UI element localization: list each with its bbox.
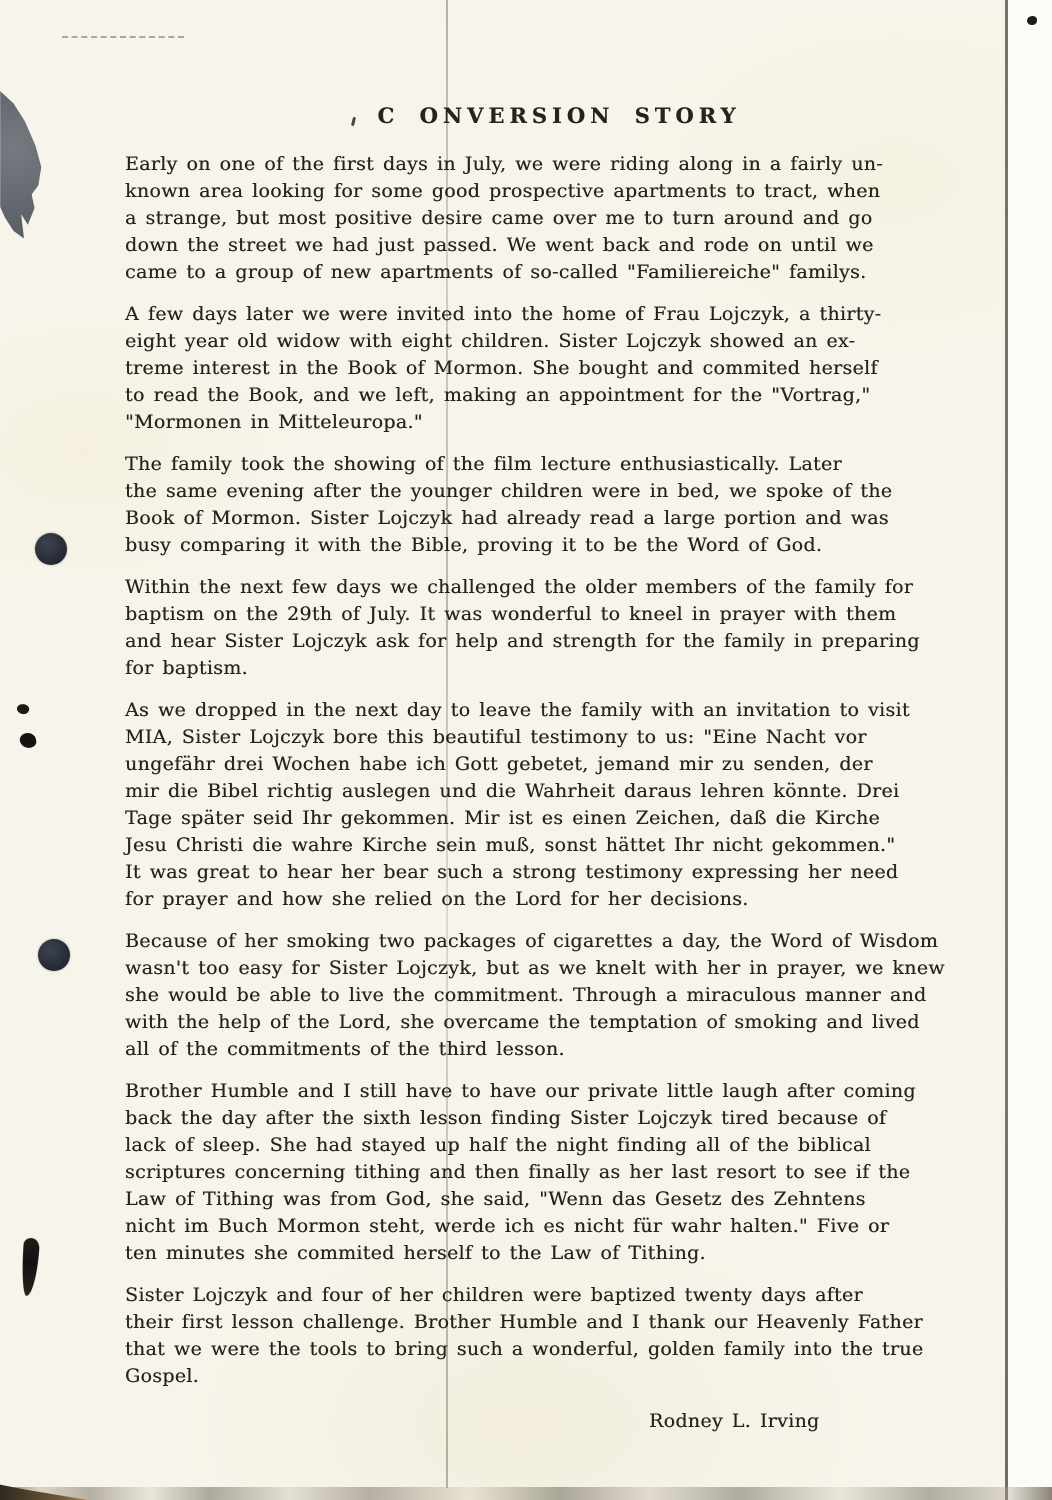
text-line: treme interest in the Book of Mormon. Sh…: [125, 355, 993, 382]
text-line: all of the commitments of the third less…: [125, 1036, 993, 1063]
hole-punch-bottom: [38, 939, 70, 971]
text-line: to read the Book, and we left, making an…: [125, 382, 993, 409]
text-line: with the help of the Lord, she overcame …: [125, 1009, 993, 1036]
text-line: ten minutes she commited herself to the …: [125, 1240, 993, 1267]
scan-edge-strip: [1008, 0, 1052, 1500]
ink-fleck: [19, 732, 38, 750]
text-line: A few days later we were invited into th…: [125, 301, 993, 328]
text-line: she would be able to live the commitment…: [125, 982, 993, 1009]
text-line: eight year old widow with eight children…: [125, 328, 993, 355]
document-body: Early on one of the first days in July, …: [125, 151, 993, 1390]
text-line: back the day after the sixth lesson find…: [125, 1105, 993, 1132]
paragraph: Because of her smoking two packages of c…: [125, 928, 993, 1063]
text-line: lack of sleep. She had stayed up half th…: [125, 1132, 993, 1159]
text-line: As we dropped in the next day to leave t…: [125, 697, 993, 724]
page-title: C ONVERSION STORY: [125, 102, 993, 129]
text-line: and hear Sister Lojczyk ask for help and…: [125, 628, 993, 655]
text-line: for baptism.: [125, 655, 993, 682]
paragraph: Early on one of the first days in July, …: [125, 151, 993, 286]
text-line: MIA, Sister Lojczyk bore this beautiful …: [125, 724, 993, 751]
ink-streak: [20, 1238, 40, 1297]
text-line: wasn't too easy for Sister Lojczyk, but …: [125, 955, 993, 982]
paragraph: As we dropped in the next day to leave t…: [125, 697, 993, 913]
text-line: that we were the tools to bring such a w…: [125, 1336, 993, 1363]
text-line: Sister Lojczyk and four of her children …: [125, 1282, 993, 1309]
text-line: Jesu Christi die wahre Kirche sein muß, …: [125, 832, 993, 859]
page-edge-line: [1005, 0, 1008, 1500]
text-line: known area looking for some good prospec…: [125, 178, 993, 205]
text-line: their first lesson challenge. Brother Hu…: [125, 1309, 993, 1336]
text-line: ungefähr drei Wochen habe ich Gott gebet…: [125, 751, 993, 778]
text-line: The family took the showing of the film …: [125, 451, 993, 478]
hole-punch-top: [35, 533, 67, 565]
paragraph: The family took the showing of the film …: [125, 451, 993, 559]
text-line: Because of her smoking two packages of c…: [125, 928, 993, 955]
text-line: nicht im Buch Mormon steht, werde ich es…: [125, 1213, 993, 1240]
text-line: Book of Mormon. Sister Lojczyk had alrea…: [125, 505, 993, 532]
text-line: "Mormonen in Mitteleuropa.": [125, 409, 993, 436]
paragraph: Brother Humble and I still have to have …: [125, 1078, 993, 1267]
typed-content: C ONVERSION STORY Early on one of the fi…: [125, 102, 993, 1435]
signature: Rodney L. Irving: [649, 1408, 993, 1435]
ink-fleck: [15, 702, 30, 716]
scan-bottom-noise-band: [0, 1487, 1052, 1500]
text-line: Tage später seid Ihr gekommen. Mir ist e…: [125, 805, 993, 832]
text-line: scriptures concerning tithing and then f…: [125, 1159, 993, 1186]
text-line: Brother Humble and I still have to have …: [125, 1078, 993, 1105]
pencil-dash-mark: [62, 36, 184, 38]
text-line: baptism on the 29th of July. It was wond…: [125, 601, 993, 628]
paragraph: Within the next few days we challenged t…: [125, 574, 993, 682]
text-line: the same evening after the younger child…: [125, 478, 993, 505]
text-line: Within the next few days we challenged t…: [125, 574, 993, 601]
text-line: came to a group of new apartments of so-…: [125, 259, 993, 286]
text-line: a strange, but most positive desire came…: [125, 205, 993, 232]
text-line: Early on one of the first days in July, …: [125, 151, 993, 178]
text-line: Gospel.: [125, 1363, 993, 1390]
paragraph: Sister Lojczyk and four of her children …: [125, 1282, 993, 1390]
text-line: down the street we had just passed. We w…: [125, 232, 993, 259]
text-line: for prayer and how she relied on the Lor…: [125, 886, 993, 913]
text-line: Law of Tithing was from God, she said, "…: [125, 1186, 993, 1213]
scanned-document-page: C ONVERSION STORY Early on one of the fi…: [0, 0, 1052, 1500]
text-line: It was great to hear her bear such a str…: [125, 859, 993, 886]
text-line: busy comparing it with the Bible, provin…: [125, 532, 993, 559]
corner-ink-dot: [1027, 16, 1037, 25]
text-line: mir die Bibel richtig auslegen und die W…: [125, 778, 993, 805]
torn-corner-stain: [0, 88, 48, 240]
paragraph: A few days later we were invited into th…: [125, 301, 993, 436]
